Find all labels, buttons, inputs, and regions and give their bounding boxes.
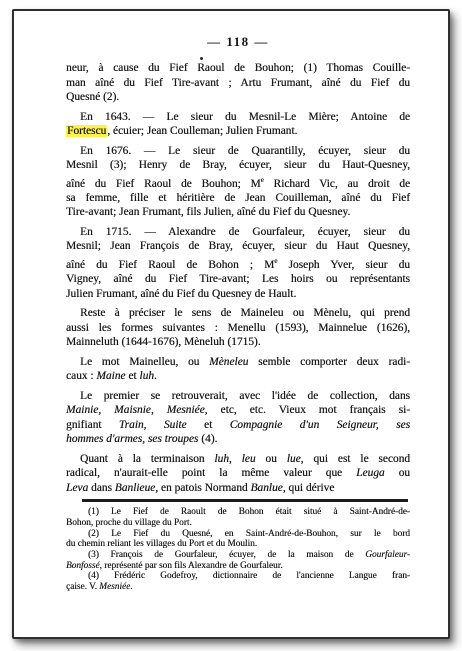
text-segment: aîné du Fief Raoul de Bouhon; M: [66, 177, 261, 189]
text-segment: En 1643. — Le sieur du Mesnil-Le Mière; …: [80, 111, 410, 123]
text-line: (3) François de Gourfaleur, écuyer, de l…: [66, 550, 410, 561]
text-segment: ou: [385, 467, 410, 479]
text-segment: .: [154, 370, 157, 382]
text-segment: Le premier se retrouverait, avec l'idée …: [80, 390, 410, 402]
text-segment: (2) Le Fief du Quesné, en Saint-André-de…: [88, 529, 410, 539]
text-segment: Richard Vic, au droit de: [264, 177, 410, 189]
text-line: (1) Le Fief de Raoult de Bohon était sit…: [66, 507, 410, 518]
text-segment: , en patois Normand: [155, 482, 250, 494]
paragraph: Le mot Mainelleu, ou Mèneleu semble comp…: [66, 355, 410, 384]
italic-segment: hommes d'armes, ses troupes: [66, 433, 198, 445]
footnote: (2) Le Fief du Quesné, en Saint-André-de…: [66, 529, 410, 550]
text-segment: , qui est le second: [301, 453, 410, 465]
text-segment: ou: [256, 453, 287, 465]
text-line: Quant à la terminaison luh, leu ou lue, …: [66, 452, 410, 467]
footnote-separator: [82, 499, 408, 502]
text-line: (4) Frédéric Godefroy, dictionnaire de l…: [66, 571, 410, 582]
paragraph: neur, à cause du Fief Raoul de Bouhon; (…: [66, 61, 410, 105]
text-segment: Mainneluth (1644-1676), Mèneluh (1715).: [66, 336, 261, 348]
footnotes-section: (1) Le Fief de Raoult de Bohon était sit…: [66, 507, 410, 593]
italic-segment: Gourfaleur-: [365, 550, 410, 560]
italic-segment: Leva: [66, 482, 88, 494]
italic-segment: Banlieue: [115, 482, 156, 494]
text-line: Mesnil (3); Henry de Bray, écuyer, sieur…: [66, 158, 410, 173]
text-line: Mesnil; Jean François de Bray, écuyer, s…: [66, 239, 410, 254]
text-line: sa femme, fille et héritière de Jean Cou…: [66, 191, 410, 206]
paragraph: En 1715. — Alexandre de Gourfaleur, écuy…: [66, 225, 410, 301]
text-line: Le mot Mainelleu, ou Mèneleu semble comp…: [66, 355, 410, 370]
text-segment: Mesnil (3); Henry de Bray, écuyer, sieur…: [66, 159, 410, 171]
text-segment: radical, n'aurait-elle point la même val…: [66, 467, 356, 479]
text-segment: Julien Frumant, aîné du Fief du Quesney …: [66, 288, 296, 300]
text-segment: (1) Le Fief de Raoult de Bohon était sit…: [88, 507, 410, 517]
text-segment: Vigney, aîné du Fief Tire-avant; Les hoi…: [66, 273, 410, 285]
text-segment: , écuier; Jean Coulleman; Julien Frumant…: [107, 125, 297, 137]
text-segment: caux :: [66, 370, 96, 382]
text-segment: (3) François de Gourfaleur, écuyer, de l…: [88, 550, 365, 560]
text-segment: Mesnil; Jean François de Bray, écuyer, s…: [66, 240, 410, 252]
text-segment: En 1676. — Le sieur de Quarantilly, écuy…: [80, 145, 410, 157]
text-segment: (4) Frédéric Godefroy, dictionnaire de l…: [88, 571, 410, 581]
text-line: Leva dans Banlieue, en patois Normand Ba…: [66, 481, 410, 496]
text-line: En 1676. — Le sieur de Quarantilly, écuy…: [66, 144, 410, 159]
text-segment: , représenté par son fils Alexandre de G…: [100, 561, 283, 571]
text-segment: .: [130, 582, 132, 592]
text-segment: Tire-avant; Jean Frumant, fils Julien, a…: [66, 206, 350, 218]
italic-segment: Bonfossé: [66, 561, 100, 571]
text-segment: çaise. V.: [66, 582, 99, 592]
italic-segment: luh: [139, 370, 154, 382]
italic-segment: lue: [287, 453, 301, 465]
text-line: Mainie, Maisnie, Mesniée, etc, etc. Vieu…: [66, 403, 410, 418]
page-number: — 118 —: [66, 34, 410, 50]
text-line: En 1643. — Le sieur du Mesnil-Le Mière; …: [66, 110, 410, 125]
text-segment: neur, à cause du Fief Raoul de Bouhon; (…: [66, 62, 410, 74]
text-segment: et: [125, 370, 139, 382]
paragraph: Le premier se retrouverait, avec l'idée …: [66, 389, 410, 447]
text-segment: du chemin reliant les villages du Port e…: [66, 539, 257, 549]
text-line: Julien Frumant, aîné du Fief du Quesney …: [66, 287, 410, 302]
text-line: En 1715. — Alexandre de Gourfaleur, écuy…: [66, 225, 410, 240]
paragraph: En 1643. — Le sieur du Mesnil-Le Mière; …: [66, 110, 410, 139]
text-line: hommes d'armes, ses troupes (4).: [66, 432, 410, 447]
text-line: man aîné du Fief Tire-avant ; Artu Fruma…: [66, 76, 410, 91]
text-line: aîné du Fief Raoul de Bohon ; Me Joseph …: [66, 254, 410, 272]
text-segment: dans: [88, 482, 115, 494]
body-text: neur, à cause du Fief Raoul de Bouhon; (…: [66, 61, 410, 495]
text-segment: semble comporter deux radi-: [248, 356, 410, 368]
text-segment: Quant à la terminaison: [80, 453, 214, 465]
text-line: caux : Maine et luh.: [66, 369, 410, 384]
text-segment: En 1715. — Alexandre de Gourfaleur, écuy…: [80, 226, 410, 238]
paragraph: Quant à la terminaison luh, leu ou lue, …: [66, 452, 410, 496]
footnote: (3) François de Gourfaleur, écuyer, de l…: [66, 550, 410, 571]
paragraph: En 1676. — Le sieur de Quarantilly, écuy…: [66, 144, 410, 220]
text-column: — 118 — neur, à cause du Fief Raoul de B…: [66, 11, 410, 593]
text-segment: etc, etc. Vieux mot français si-: [208, 404, 411, 416]
text-line: Fortescu, écuier; Jean Coulleman; Julien…: [66, 124, 410, 139]
footnote: (1) Le Fief de Raoult de Bohon était sit…: [66, 507, 410, 528]
text-line: Tire-avant; Jean Frumant, fils Julien, a…: [66, 205, 410, 220]
text-line: çaise. V. Mesniée.: [66, 582, 410, 593]
text-segment: aîné du Fief Raoul de Bohon ; M: [66, 259, 274, 271]
text-segment: Quesné (2).: [66, 91, 119, 103]
text-segment: , qui dérive: [283, 482, 335, 494]
text-segment: Joseph Yver, sieur du: [277, 259, 410, 271]
italic-segment: Mainie, Maisnie, Mesniée,: [66, 404, 208, 416]
italic-segment: Leuga: [356, 467, 384, 479]
text-line: neur, à cause du Fief Raoul de Bouhon; (…: [66, 61, 410, 76]
italic-segment: Train, Suite: [119, 419, 187, 431]
italic-segment: Mèneleu: [209, 356, 248, 368]
highlighted-word: Fortescu: [66, 125, 107, 137]
text-line: Vigney, aîné du Fief Tire-avant; Les hoi…: [66, 272, 410, 287]
text-segment: (4).: [198, 433, 217, 445]
text-segment: et: [187, 419, 230, 431]
text-line: Reste à préciser le sens de Maineleu ou …: [66, 306, 410, 321]
text-line: aussi les formes suivantes : Menellu (15…: [66, 321, 410, 336]
italic-segment: Maine: [96, 370, 125, 382]
text-line: Bonfossé, représenté par son fils Alexan…: [66, 561, 410, 572]
italic-segment: Banlue: [250, 482, 282, 494]
text-segment: aussi les formes suivantes : Menellu (15…: [66, 322, 410, 334]
text-segment: sa femme, fille et héritière de Jean Cou…: [66, 192, 410, 204]
text-line: radical, n'aurait-elle point la même val…: [66, 466, 410, 481]
text-segment: Le mot Mainelleu, ou: [80, 356, 209, 368]
paragraph: Reste à préciser le sens de Maineleu ou …: [66, 306, 410, 350]
text-segment: gnifiant: [66, 419, 119, 431]
footnote: (4) Frédéric Godefroy, dictionnaire de l…: [66, 571, 410, 592]
book-page: — 118 — neur, à cause du Fief Raoul de B…: [12, 9, 450, 639]
italic-segment: luh, leu: [214, 453, 255, 465]
text-segment: man aîné du Fief Tire-avant ; Artu Fruma…: [66, 77, 410, 89]
text-line: Mainneluth (1644-1676), Mèneluh (1715).: [66, 335, 410, 350]
text-line: Quesné (2).: [66, 90, 410, 105]
text-line: (2) Le Fief du Quesné, en Saint-André-de…: [66, 529, 410, 540]
italic-segment: Compagnie d'un Seigneur, ses: [230, 419, 410, 431]
italic-segment: Mesniée: [99, 582, 130, 592]
text-segment: Bohon, proche du village du Port.: [66, 518, 192, 528]
text-segment: Reste à préciser le sens de Maineleu ou …: [80, 307, 410, 319]
text-line: Bohon, proche du village du Port.: [66, 518, 410, 529]
text-line: Le premier se retrouverait, avec l'idée …: [66, 389, 410, 404]
text-line: du chemin reliant les villages du Port e…: [66, 539, 410, 550]
text-line: gnifiant Train, Suite et Compagnie d'un …: [66, 418, 410, 433]
text-line: aîné du Fief Raoul de Bouhon; Me Richard…: [66, 173, 410, 191]
